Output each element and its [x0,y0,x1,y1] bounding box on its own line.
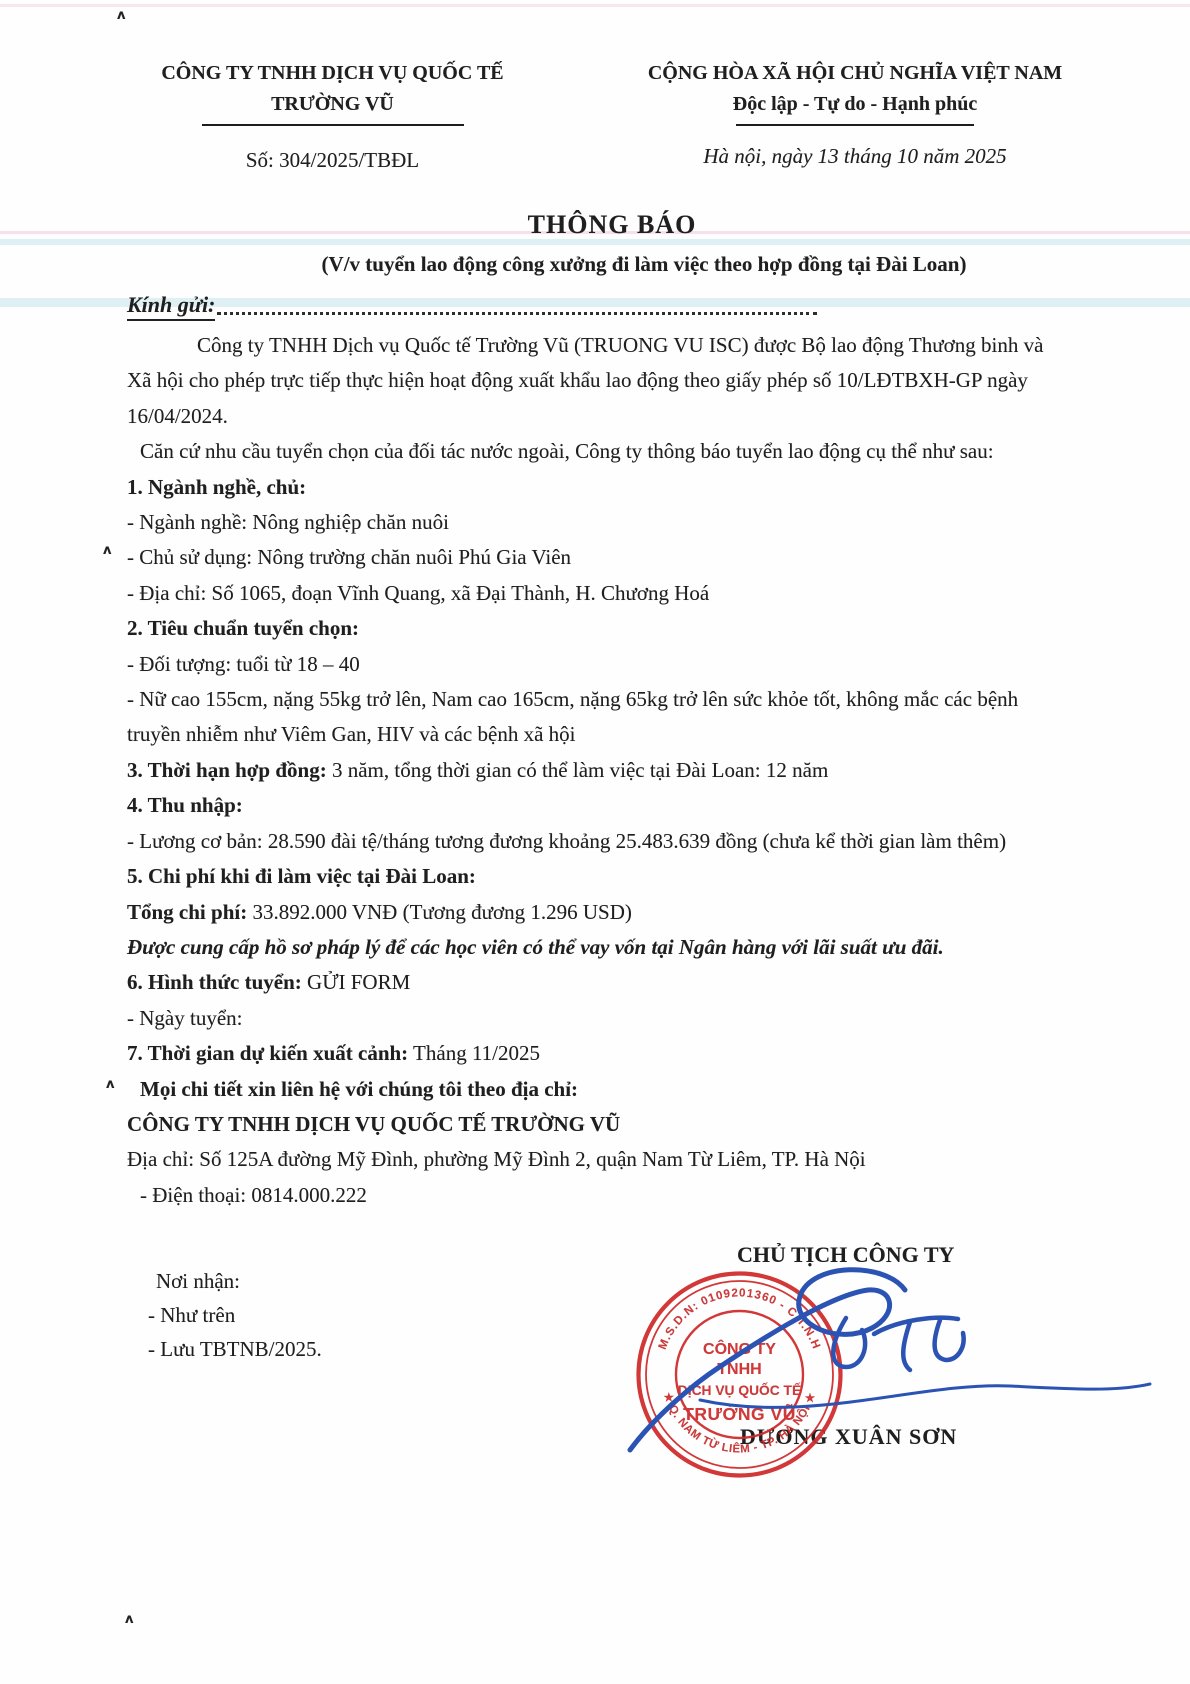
section-2-heading: 2. Tiêu chuẩn tuyển chọn: [127,611,1068,646]
section-5-total-line: Tổng chi phí: 33.892.000 VNĐ (Tương đươn… [127,895,1068,930]
section-1-item: - Ngành nghề: Nông nghiệp chăn nuôi [127,505,1068,540]
scan-mark-caret: ʌ [117,8,125,23]
total-cost-label: Tổng chi phí: [127,900,247,924]
company-stamp: M.S.D.N: 0109201360 - C.T.N.H ★ Q. NAM T… [631,1266,848,1483]
signer-title: CHỦ TỊCH CÔNG TY [737,1242,954,1268]
scanned-document-page: ʌ ʌ ʌ ʌ CÔNG TY TNHH DỊCH VỤ QUỐC TẾ TRƯ… [0,0,1190,1684]
section-3-heading: 3. Thời hạn hợp đồng: [127,758,327,782]
section-7-line: 7. Thời gian dự kiến xuất cảnh: Tháng 11… [127,1036,1068,1071]
section-4-heading: 4. Thu nhập: [127,788,1068,823]
section-5-heading: 5. Chi phí khi đi làm việc tại Đài Loan: [127,859,1068,894]
national-title: CỘNG HÒA XÃ HỘI CHỦ NGHĨA VIỆT NAM [618,58,1092,88]
contact-address: Địa chỉ: Số 125A đường Mỹ Đình, phường M… [127,1142,1068,1177]
national-motto-block: CỘNG HÒA XÃ HỘI CHỦ NGHĨA VIỆT NAM Độc l… [618,58,1092,169]
intro-paragraph: Công ty TNHH Dịch vụ Quốc tế Trường Vũ (… [127,328,1068,434]
recipients-item: - Lưu TBTNB/2025. [148,1332,322,1366]
section-7-text: Tháng 11/2025 [408,1041,540,1065]
section-2-item: - Đối tượng: tuổi từ 18 – 40 [127,647,1068,682]
section-6-heading: 6. Hình thức tuyển: [127,970,302,994]
dotted-fill-line [217,312,817,315]
place-date-line: Hà nội, ngày 13 tháng 10 năm 2025 [618,144,1092,169]
scan-mark-caret: ʌ [125,1612,133,1627]
section-2-item: - Nữ cao 155cm, nặng 55kg trở lên, Nam c… [127,682,1068,753]
stamp-center-line1: CÔNG TY [703,1339,776,1358]
company-name-line1: CÔNG TY TNHH DỊCH VỤ QUỐC TẾ [140,58,525,88]
company-name-line2: TRƯỜNG VŨ [140,88,525,120]
basis-paragraph: Căn cứ nhu cầu tuyển chọn của đối tác nư… [127,434,1068,469]
total-cost-value: 33.892.000 VNĐ (Tương đương 1.296 USD) [247,900,632,924]
section-6-text: GỬI FORM [302,970,410,994]
section-1-heading: 1. Ngành nghề, chủ: [127,470,1068,505]
recipients-item: - Như trên [148,1298,322,1332]
stamp-center-line4: TRƯỜNG VŨ [683,1403,796,1424]
section-1-item: - Chủ sử dụng: Nông trường chăn nuôi Phú… [127,540,1068,575]
issuing-company-block: CÔNG TY TNHH DỊCH VỤ QUỐC TẾ TRƯỜNG VŨ S… [140,58,525,173]
section-3-line: 3. Thời hạn hợp đồng: 3 năm, tổng thời g… [127,753,1068,788]
scan-mark-caret: ʌ [106,1077,114,1092]
stamp-center-line2: TNHH [717,1361,761,1378]
salutation-row: Kính gửi: [127,292,1068,321]
scan-mark-caret: ʌ [103,543,111,558]
section-3-text: 3 năm, tổng thời gian có thể làm việc tạ… [327,758,829,782]
section-1-item: - Địa chỉ: Số 1065, đoạn Vĩnh Quang, xã … [127,576,1068,611]
document-number: Số: 304/2025/TBĐL [140,148,525,173]
section-4-item: - Lương cơ bản: 28.590 đài tệ/tháng tươn… [127,824,1068,859]
document-body: Công ty TNHH Dịch vụ Quốc tế Trường Vũ (… [127,328,1068,1213]
letterhead-rule [736,124,974,126]
document-subject: (V/v tuyển lao động công xưởng đi làm vi… [98,252,1190,277]
contact-lead: Mọi chi tiết xin liên hệ với chúng tôi t… [127,1072,1068,1107]
section-7-heading: 7. Thời gian dự kiến xuất cảnh: [127,1041,408,1065]
contact-company: CÔNG TY TNHH DỊCH VỤ QUỐC TẾ TRƯỜNG VŨ [127,1107,1068,1142]
document-title: THÔNG BÁO [34,210,1190,240]
scan-artifact-band [0,4,1190,7]
letterhead-rule [202,124,464,126]
contact-phone: - Điện thoại: 0814.000.222 [127,1178,1068,1213]
recipients-block: Nơi nhận: - Như trên - Lưu TBTNB/2025. [148,1264,322,1366]
stamp-center-line3: DỊCH VỤ QUỐC TẾ [678,1381,801,1398]
salutation-label: Kính gửi: [127,292,215,321]
loan-note: Được cung cấp hồ sơ pháp lý để các học v… [127,930,1068,965]
recipients-label: Nơi nhận: [156,1264,322,1298]
section-6-line: 6. Hình thức tuyển: GỬI FORM [127,965,1068,1000]
section-6-subline: - Ngày tuyển: [127,1001,1068,1036]
national-motto: Độc lập - Tự do - Hạnh phúc [618,88,1092,120]
